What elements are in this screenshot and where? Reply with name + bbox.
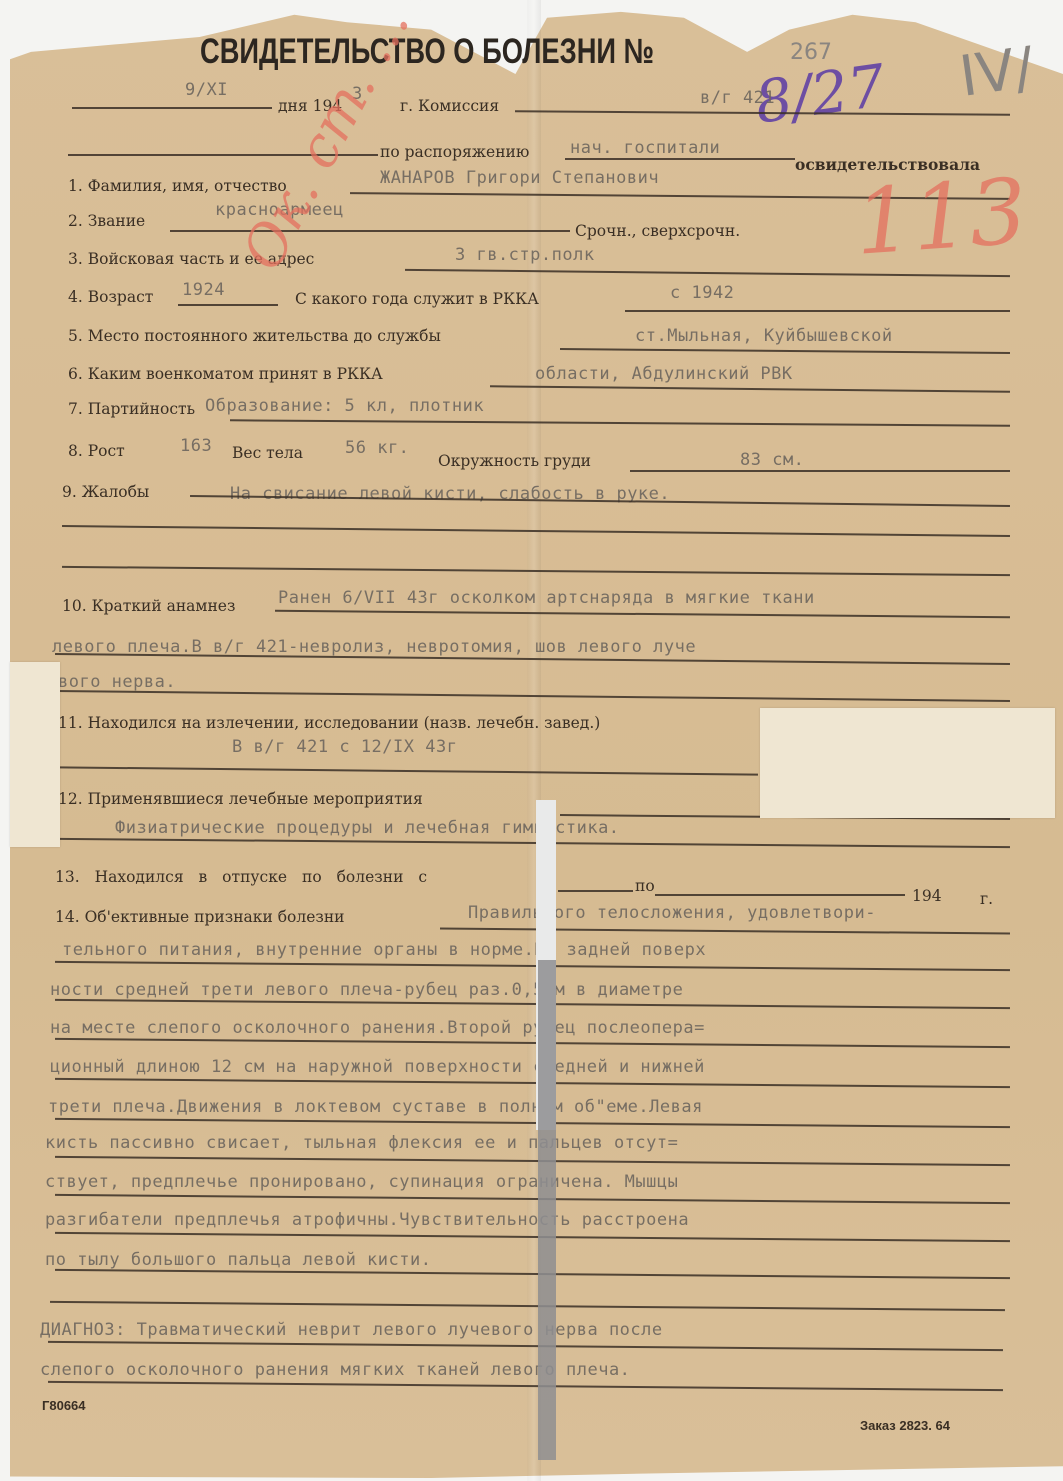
field-13-end-suffix: г. [980,890,993,908]
field-14-line-7: кисть пассивно свисает, тыльная флексия … [45,1133,678,1153]
diagnosis-line-1: ДИАГНОЗ: Травматический неврит левого лу… [40,1320,663,1340]
field-14-line-2: тельного питания, внутренние органы в но… [62,940,706,960]
field-4-num: 4. [68,288,83,306]
field-8-value: 163 [180,436,212,456]
field-7-label: Партийность [88,400,195,418]
rule [178,304,278,306]
field-9-label: Жалобы [82,483,150,501]
field-5-num: 5. [68,327,83,345]
field-14-line-9: разгибатели предплечья атрофичны.Чувстви… [45,1210,689,1230]
field-13-end: 194 [912,887,942,905]
field-4-label: Возраст [88,288,154,306]
field-11-num: 11. [58,714,83,732]
date-typed: 9/XI [185,80,228,100]
field-13-num: 13. [55,868,80,886]
field-11-value: В в/г 421 с 12/IX 43г [232,737,457,757]
field-4-label2: С какого года служит в РККА [295,290,539,308]
field-8-label: Рост [88,442,125,460]
tape-patch [10,662,60,847]
field-14-line-8: ствует, предплечье пронировано, супинаци… [45,1172,678,1192]
red-number-annotation: 113 [852,159,1031,276]
rule [625,310,1010,312]
field-6-num: 6. [68,365,83,383]
field-2-suffix: Срочн., сверхсрочн. [575,222,740,240]
field-10-num: 10. [62,597,87,615]
field-14-line-3: ности средней трети левого плеча-рубец р… [50,980,683,1000]
field-8-value3: 83 см. [740,450,804,470]
field-8-num: 8. [68,442,83,460]
field-13-mid: по [635,877,655,895]
field-11-label: Находился на излечении, исследовании (на… [88,714,601,732]
field-8-label2: Вес тела [232,444,303,462]
rule [72,107,272,109]
document-title: СВИДЕТЕЛЬСТВО О БОЛЕЗНИ № [200,32,654,72]
field-3-value: 3 гв.стр.полк [455,245,595,265]
field-1-label: Фамилия, имя, отчество [88,177,287,195]
field-8-value2: 56 кг. [345,438,409,458]
rule [565,158,795,160]
field-5-label: Место постоянного жительства до службы [88,327,441,345]
field-10-line-3: вого нерва. [58,672,176,692]
field-14-line-5: ционный длиною 12 см на наружной поверхн… [50,1057,705,1077]
field-1-num: 1. [68,177,83,195]
form-code: Г80664 [42,1398,86,1413]
field-7-value: Образование: 5 кл, плотник [205,396,484,416]
field-9-num: 9. [62,483,77,501]
commission-label: г. Комиссия [400,97,499,115]
field-10-line-1: Ранен 6/VII 43г осколком артснаряда в мя… [278,588,815,608]
field-14-line-10: по тылу большого пальца левой кисти. [45,1250,431,1270]
field-14-line-6: трети плеча.Движения в локтевом суставе … [48,1097,703,1117]
rule [558,890,633,892]
field-4-value2: с 1942 [670,283,734,303]
pencil-corner-mark: IV/ [956,35,1038,110]
by-order-value: нач. госпитали [570,138,720,158]
field-14-line-4: на месте слепого осколочного ранения.Вто… [50,1018,705,1038]
rule [630,470,1010,472]
commission-value: в/г 421 [700,88,775,108]
field-13-label: Находился в отпуске по болезни с [95,868,427,886]
title-text: СВИДЕТЕЛЬСТВО О БОЛЕЗНИ № [200,32,654,71]
field-8-label3: Окружность груди [438,452,591,470]
field-6-label: Каким военкоматом принят в РККА [88,365,383,383]
field-1-value: ЖАНАРОВ Григори Степанович [380,168,659,188]
rule [655,894,905,896]
order-number: Заказ 2823. 64 [860,1418,950,1433]
tape-patch [760,708,1055,818]
field-2-label: Звание [88,212,145,230]
field-14-line-1: Правильного телосложения, удовлетвори- [468,903,876,923]
field-3-num: 3. [68,250,83,268]
field-5-value: ст.Мыльная, Куйбышевской [635,326,893,346]
field-4-value: 1924 [182,280,225,300]
paper-gap [538,960,556,1460]
field-14-num: 14. [55,908,80,926]
field-14-label: Об'ективные признаки болезни [85,908,345,926]
rule [170,230,570,232]
field-12-num: 12. [58,790,83,808]
field-7-num: 7. [68,400,83,418]
field-10-label: Краткий анамнез [92,597,236,615]
by-order-label: по распоряжению [380,143,529,161]
field-12-label: Применявшиеся лечебные мероприятия [88,790,423,808]
field-6-value: области, Абдулинский РВК [535,364,793,384]
field-2-num: 2. [68,212,83,230]
